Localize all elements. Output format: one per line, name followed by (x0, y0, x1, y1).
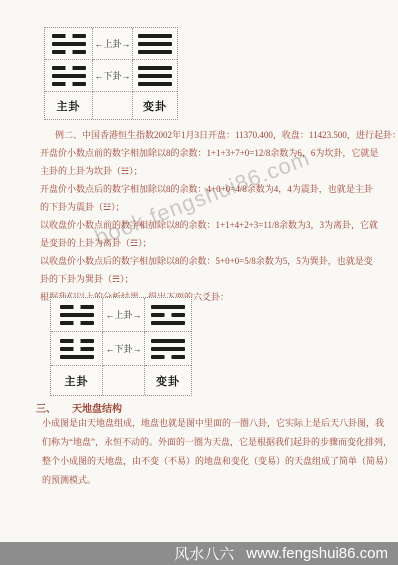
main-hexagram-label: 主卦 (65, 373, 89, 389)
text-line: 例二、中国香港恒生指数2002年1月3日开盘：11370.400，收盘：1142… (40, 126, 376, 144)
footer-bar: 风水八六 www.fengshui86.com (0, 542, 398, 565)
table1-empty-cell (93, 92, 133, 119)
table2-changed-lower-cell (145, 332, 191, 366)
text-line: 小成图是由天地盘组成，地盘也就是图中里面的一圈八卦，它实际上是后天八卦图，我 (42, 414, 378, 433)
trigram-changed-lower (138, 66, 172, 86)
text-line: 以收盘价小数点前的数字相加除以8的余数：1+1+4+2+3=11/8余数为3，3… (40, 216, 376, 234)
table1-lower-label-cell: ←下卦→ (93, 60, 133, 92)
text-line: 开盘价小数点后的数字相加除以8的余数：4+0+0=4/8余数为4，4为震卦，也就… (40, 180, 376, 198)
table1-upper-label-cell: ←上卦→ (93, 28, 133, 60)
table2-main-lower-cell (51, 332, 103, 366)
lower-trigram-label: ←下卦→ (105, 342, 141, 355)
trigram-li (151, 305, 185, 325)
text-line: 以收盘价小数点后的数字相加除以8的余数：5+0+0=5/8余数为5，5为巽卦，也… (40, 252, 376, 270)
table2-main-label-cell: 主卦 (51, 366, 103, 395)
section3-paragraph: 小成图是由天地盘组成，地盘也就是图中里面的一圈八卦，它实际上是后天八卦图，我 们… (42, 414, 378, 490)
lower-trigram-label: ←下卦→ (94, 69, 130, 82)
upper-trigram-label: ←上卦→ (105, 308, 141, 321)
table2-changed-label-cell: 变卦 (145, 366, 191, 395)
text-line: 整个小成图的天地盘，由不变（不易）的地盘和变化（变易）的天盘组成了简单（简易） (42, 452, 378, 471)
text-line: 开盘价小数点前的数字相加除以8的余数：1+1+3+7+0=12/8余数为6，6为… (40, 144, 376, 162)
footer-url: www.fengshui86.com (246, 545, 388, 562)
table1-changed-upper-cell (133, 28, 177, 60)
hexagram-table-1: ←上卦→ ←下卦→ 主卦 变卦 (44, 27, 178, 120)
text-line: 的预测模式。 (42, 471, 378, 490)
changed-hexagram-label: 变卦 (143, 98, 167, 114)
changed-hexagram-label: 变卦 (156, 373, 180, 389)
main-hexagram-label: 主卦 (57, 98, 81, 114)
trigram-xun (151, 339, 185, 359)
trigram-main-lower (52, 66, 86, 86)
text-line: 是变卦的上卦为离卦（☲）； (40, 234, 376, 252)
text-line: 主卦的上卦为坎卦（☵）； (40, 162, 376, 180)
text-line: 的下卦为震卦（☳）； (40, 198, 376, 216)
table1-changed-label-cell: 变卦 (133, 92, 177, 119)
footer-site-name: 风水八六 (174, 543, 234, 564)
trigram-main-upper (52, 34, 86, 54)
trigram-zhen (60, 339, 94, 359)
table2-main-upper-cell (51, 298, 103, 332)
table1-changed-lower-cell (133, 60, 177, 92)
table1-main-lower-cell (45, 60, 93, 92)
text-line: 卦的下卦为巽卦（☴）； (40, 270, 376, 288)
section3-heading: 三、天地盘结构 (36, 400, 122, 415)
table1-main-label-cell: 主卦 (45, 92, 93, 119)
text-line: 们称为“地盘”，永恒不动的。外面的一圈为天盘，它是根据我们起卦的步骤而变化排列， (42, 433, 378, 452)
trigram-changed-upper (138, 34, 172, 54)
table2-empty-cell (103, 366, 145, 395)
hexagram-table-2: ←上卦→ ←下卦→ 主卦 变卦 (50, 297, 192, 396)
table1-main-upper-cell (45, 28, 93, 60)
scanned-book-page: { "watermark": { "text": "book.fengshui8… (0, 0, 398, 565)
example2-paragraph: 例二、中国香港恒生指数2002年1月3日开盘：11370.400，收盘：1142… (40, 126, 376, 306)
table2-changed-upper-cell (145, 298, 191, 332)
table2-upper-label-cell: ←上卦→ (103, 298, 145, 332)
trigram-kan (60, 305, 94, 325)
upper-trigram-label: ←上卦→ (94, 37, 130, 50)
table2-lower-label-cell: ←下卦→ (103, 332, 145, 366)
